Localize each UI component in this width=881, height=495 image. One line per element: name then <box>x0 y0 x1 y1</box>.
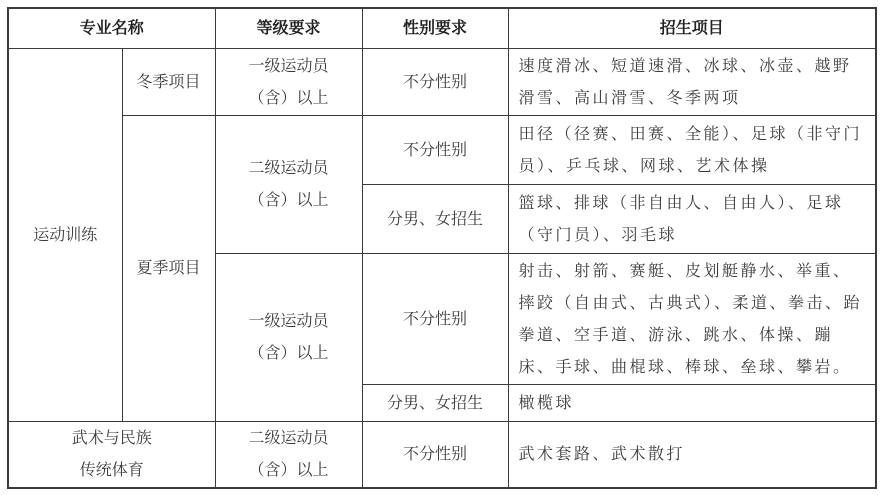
level-line: （含）以上 <box>226 337 352 369</box>
gender-cell: 不分性别 <box>362 48 508 115</box>
events-cell: 篮球、排球（非自由人、自由人）、足球（守门员）、羽毛球 <box>508 184 876 253</box>
table-row: 武术与民族 传统体育 二级运动员 （含）以上 不分性别 武术套路、武术散打 <box>8 421 876 488</box>
level-line: 二级运动员 <box>226 422 352 454</box>
header-major: 专业名称 <box>8 8 215 48</box>
table-row: 运动训练 冬季项目 一级运动员 （含）以上 不分性别 速度滑冰、短道速滑、冰球、… <box>8 48 876 115</box>
category-cell-summer: 夏季项目 <box>122 115 215 421</box>
level-line: 二级运动员 <box>226 152 352 184</box>
level-line: 一级运动员 <box>226 305 352 337</box>
category-cell-winter: 冬季项目 <box>122 48 215 115</box>
events-cell: 射击、射箭、赛艇、皮划艇静水、举重、摔跤（自由式、古典式）、柔道、拳击、跆拳道、… <box>508 253 876 384</box>
header-level: 等级要求 <box>215 8 362 48</box>
level-line: 一级运动员 <box>226 50 352 82</box>
major-line: 传统体育 <box>19 454 205 486</box>
level-line: （含）以上 <box>226 82 352 114</box>
major-line: 武术与民族 <box>19 422 205 454</box>
admission-requirements-table: 专业名称 等级要求 性别要求 招生项目 运动训练 冬季项目 一级运动员 （含）以… <box>7 7 877 489</box>
level-cell: 一级运动员 （含）以上 <box>215 48 362 115</box>
events-cell: 武术套路、武术散打 <box>508 421 876 488</box>
events-cell: 田径（径赛、田赛、全能）、足球（非守门员）、乒乓球、网球、艺术体操 <box>508 115 876 184</box>
major-cell-martial-arts: 武术与民族 传统体育 <box>8 421 215 488</box>
table-row: 夏季项目 二级运动员 （含）以上 不分性别 田径（径赛、田赛、全能）、足球（非守… <box>8 115 876 184</box>
gender-cell: 不分性别 <box>362 421 508 488</box>
level-cell: 二级运动员 （含）以上 <box>215 421 362 488</box>
major-cell-sports-training: 运动训练 <box>8 48 122 421</box>
gender-cell: 分男、女招生 <box>362 384 508 421</box>
header-events: 招生项目 <box>508 8 876 48</box>
level-line: （含）以上 <box>226 454 352 486</box>
level-cell: 二级运动员 （含）以上 <box>215 115 362 253</box>
level-cell: 一级运动员 （含）以上 <box>215 253 362 421</box>
events-cell: 橄榄球 <box>508 384 876 421</box>
header-row: 专业名称 等级要求 性别要求 招生项目 <box>8 8 876 48</box>
header-gender: 性别要求 <box>362 8 508 48</box>
gender-cell: 不分性别 <box>362 115 508 184</box>
level-line: （含）以上 <box>226 184 352 216</box>
events-cell: 速度滑冰、短道速滑、冰球、冰壶、越野滑雪、高山滑雪、冬季两项 <box>508 48 876 115</box>
gender-cell: 不分性别 <box>362 253 508 384</box>
gender-cell: 分男、女招生 <box>362 184 508 253</box>
